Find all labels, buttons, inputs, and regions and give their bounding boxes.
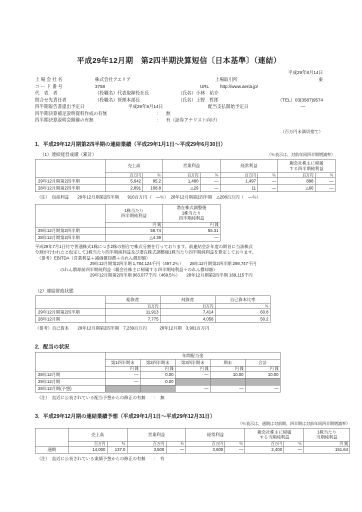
- cell: 10.00: [210, 371, 245, 378]
- row-label: 28年12月期第2四半期: [35, 185, 105, 192]
- rounding-note: （百万円未満切捨て）: [35, 128, 323, 134]
- cell: ―: [315, 185, 335, 192]
- representative-label: 代 表 者: [35, 90, 95, 97]
- operating-results-caption: （1）連結経営成績（累計）: [35, 151, 97, 158]
- cell: 11: [220, 185, 258, 192]
- exchange-label: 上場取引所: [215, 77, 238, 84]
- table-row: 28年12月期第2四半期 2,891 108.8 △29 ― 11 ― △66 …: [35, 185, 335, 192]
- filing-date-label: 四半期報告書提出予定日: [35, 104, 128, 111]
- col-profit-attributable: 親会社株主に帰属 する四半期純利益: [278, 159, 336, 173]
- cell: 56.74: [105, 227, 163, 234]
- table-header-row: 売上高 営業利益 経常利益 親会社株主に帰属 する四半期純利益: [35, 159, 335, 173]
- table-row: 29年12月期第2四半期 5,642 95.2 1,480 ― 1,497 ― …: [35, 178, 335, 185]
- forecast-caption-note: （％表示は、通期は対前期、四半期は対前年同四半期増減率）: [35, 421, 350, 427]
- cell: △4.39: [105, 234, 163, 241]
- briefing-label: 四半期決算説明会開催の有無: [35, 117, 152, 124]
- supplement-label: 四半期決算補足説明資料作成の有無: [35, 110, 152, 117]
- financial-position-caption-row: （2）連結財政状態: [35, 287, 335, 294]
- row-label: 29年12月期第2四半期: [35, 227, 105, 234]
- ebitda-reference-line4: 29年12月期第2四半期 963,077千円（469.5％） 28年12月期第2…: [35, 273, 362, 279]
- cell: 1,497: [220, 178, 258, 185]
- contact-tel: （TEL）03(3587)9574: [265, 97, 323, 104]
- cell: ―: [258, 185, 278, 192]
- cell: 0.00: [140, 371, 175, 378]
- shaded-cell: [105, 385, 140, 392]
- representative-row: 代 表 者 （役職名）代表取締役社長 （氏名）小林 祐介: [35, 90, 323, 97]
- cell: 50.2: [215, 316, 270, 323]
- cell: ―: [105, 371, 140, 378]
- cell: 151.64: [304, 446, 350, 453]
- cell: 137.0: [107, 446, 127, 453]
- per-share-table: 1株当たり 四半期純利益 潜在株式調整後 1株当たり 四半期純利益 円 銭 円 …: [35, 204, 221, 242]
- cell: 7,414: [160, 309, 215, 316]
- dividend-start-value: ―: [283, 104, 323, 111]
- financial-position-table: 総資産 純資産 自己資本比率 百万円 百万円 ％ 29年12月期第2四半期 11…: [35, 295, 271, 323]
- cell: ―: [258, 178, 278, 185]
- representative-title: （役職名）代表取締役社長: [95, 90, 178, 97]
- table-row: 29年12月期第2四半期 11,913 7,414 60.8: [35, 309, 270, 316]
- cell: ―: [245, 385, 280, 392]
- dividend-forecast-note: （注） 直近に公表されている配当予想からの修正の有無 ： 無: [35, 394, 362, 400]
- cell: ―: [175, 371, 210, 378]
- cell: 11,913: [105, 309, 160, 316]
- operating-results-caption-note: （％表示は、対前年同四半期増減率）: [97, 152, 335, 158]
- cell: ―: [284, 446, 304, 453]
- financial-position-caption: （2）連結財政状態: [35, 287, 74, 294]
- contact-label: 問合せ先責任者: [35, 97, 95, 104]
- col-net-sales: 売上高: [68, 428, 127, 441]
- col-eps: 1株当たり 当期純利益: [304, 428, 350, 441]
- contact-row: 問合せ先責任者 （役職名）管理本部長 （氏名）上野 哲郎 （TEL）03(358…: [35, 97, 323, 104]
- cell: ―: [105, 378, 140, 385]
- cell: ―: [210, 385, 245, 392]
- col-operating-income: 営業利益: [163, 159, 221, 173]
- col-diluted-eps: 潜在株式調整後 1株当たり 四半期純利益: [163, 204, 221, 222]
- cell: ―: [163, 234, 221, 241]
- code-row: コ ー ド 番 号 3758 URL http://www.aeria.jp/: [35, 83, 323, 90]
- contact-name: （氏名）上野 哲郎: [178, 97, 265, 104]
- operating-results-caption-row: （1）連結経営成績（累計） （％表示は、対前年同四半期増減率）: [35, 151, 335, 158]
- report-date: 平成29年8月14日: [35, 69, 323, 76]
- cell: 5,642: [105, 178, 143, 185]
- cell: 95.2: [143, 178, 163, 185]
- cell: 60.8: [215, 309, 270, 316]
- briefing-row: 四半期決算説明会開催の有無 ： 有（証券アナリスト向け）: [35, 117, 323, 124]
- col-total-assets: 総資産: [105, 296, 160, 304]
- cell: 14,000: [68, 446, 107, 453]
- table-header-row: 総資産 純資産 自己資本比率: [35, 296, 270, 304]
- listed-company-row: 上 場 会 社 名 株式会社アエリア 上場取引所 東: [35, 77, 323, 84]
- row-label: 28年12月期第2四半期: [35, 234, 105, 241]
- cell: ―: [315, 178, 335, 185]
- cell: 2,891: [105, 185, 143, 192]
- cell: 7,775: [105, 316, 160, 323]
- dividends-label-header: [35, 352, 105, 371]
- table-row: 29年12月期 ― 0.00: [35, 378, 280, 385]
- briefing-separator: ：: [152, 117, 166, 124]
- table-row: 29年12月期(予想) ― ― ―: [35, 385, 280, 392]
- representative-name: （氏名）小林 祐介: [178, 90, 219, 97]
- results-label-header: [35, 159, 105, 178]
- forecast-revision-note: （注） 直近に公表されている業績予想からの修正の有無 ： 有: [35, 455, 362, 461]
- cell: ―: [200, 185, 220, 192]
- code-label: コ ー ド 番 号: [35, 83, 95, 90]
- cell: 3,600: [186, 446, 225, 453]
- comprehensive-income-note: （注） 包括利益 29年12月期第2四半期 910百万円（ ―％） 28年12月…: [35, 194, 362, 200]
- col-net-assets: 純資産: [160, 296, 215, 304]
- section3-heading: 3．平成29年12月期の連結業績予想（平成29年1月1日〜平成29年12月31日…: [35, 412, 362, 420]
- cell: 4,058: [160, 316, 215, 323]
- col-ordinary-income: 経常利益: [186, 428, 245, 441]
- row-label: 29年12月期(予想): [35, 385, 105, 392]
- cell: 55.31: [163, 227, 221, 234]
- table-header-row: 売上高 営業利益 経常利益 親会社株主に帰属 する当期純利益 1株当たり 当期純…: [35, 428, 350, 441]
- col-ordinary-income: 経常利益: [220, 159, 278, 173]
- listed-name-value: 株式会社アエリア: [95, 77, 215, 84]
- filing-date-value: 平成29年8月14日: [128, 104, 208, 111]
- listed-name-label: 上 場 会 社 名: [35, 77, 95, 84]
- earnings-report-page: 平成29年12月期 第2四半期決算短信〔日本基準〕（連結） 平成29年8月14日…: [0, 0, 362, 512]
- cell: 2,400: [245, 446, 284, 453]
- table-row: 28年12月期 7,775 4,058 50.2: [35, 316, 270, 323]
- cell: 0.00: [140, 378, 175, 385]
- cell: 10.00: [245, 371, 280, 378]
- table-row: 28年12月期 ― 0.00 ― 10.00 10.00: [35, 371, 280, 378]
- supplement-value: 無: [166, 110, 171, 117]
- col-total: 合計: [245, 359, 280, 366]
- shaded-cell: [175, 378, 210, 385]
- shaded-cell: [245, 378, 280, 385]
- page-title: 平成29年12月期 第2四半期決算短信〔日本基準〕（連結）: [35, 56, 323, 66]
- table-row: 通期 14,000 137.0 3,500 ― 3,600 ― 2,400 ― …: [35, 446, 350, 453]
- annual-dividend-group-header: 年間配当金: [105, 352, 280, 359]
- row-label: 29年12月期第2四半期: [35, 309, 105, 316]
- table-row: 28年12月期第2四半期 △4.39 ―: [35, 234, 220, 241]
- col-eps: 1株当たり 四半期純利益: [105, 204, 163, 222]
- position-label-header: [35, 296, 105, 309]
- forecast-table: 売上高 営業利益 経常利益 親会社株主に帰属 する当期純利益 1株当たり 当期純…: [35, 428, 350, 454]
- section1-heading: 1．平成29年12月期第2四半期の連結業績（平成29年1月1日〜平成29年6月3…: [35, 140, 323, 148]
- col-q2-end: 第2四半期末: [140, 359, 175, 366]
- table-header-row: 1株当たり 四半期純利益 潜在株式調整後 1株当たり 四半期純利益: [35, 204, 220, 222]
- col-profit-attributable: 親会社株主に帰属 する当期純利益: [245, 428, 304, 441]
- briefing-value: 有（証券アナリスト向け）: [166, 117, 220, 124]
- col-equity-ratio: 自己資本比率: [215, 296, 270, 304]
- exchange-value: 東: [238, 77, 323, 84]
- cell: ―: [166, 446, 186, 453]
- shaded-cell: [140, 385, 175, 392]
- code-value: 3758: [95, 83, 200, 90]
- cell: △66: [278, 185, 316, 192]
- equity-reference-note: （参考）自己資本 29年12月期第2四半期 7,239百万円 28年12月期 3…: [35, 325, 362, 331]
- dividend-start-label: 配当支払開始予定日: [208, 104, 283, 111]
- url-label: URL: [200, 83, 220, 90]
- cell: 108.8: [143, 185, 163, 192]
- company-url-link[interactable]: http://www.aeria.jp/: [220, 83, 258, 90]
- col-q3-end: 第3四半期末: [175, 359, 210, 366]
- cell: 1,480: [163, 178, 201, 185]
- cell: ―: [225, 446, 245, 453]
- operating-results-table: 売上高 営業利益 経常利益 親会社株主に帰属 する四半期純利益 百万円 ％ 百万…: [35, 159, 336, 192]
- eps-label-header: [35, 204, 105, 227]
- cell: ―: [175, 385, 210, 392]
- col-net-sales: 売上高: [105, 159, 163, 173]
- cell: 898: [278, 178, 316, 185]
- supplement-separator: ：: [152, 110, 166, 117]
- cell: △29: [163, 185, 201, 192]
- row-label: 通期: [35, 446, 68, 453]
- table-row: 29年12月期第2四半期 56.74 55.31: [35, 227, 220, 234]
- table-header-row: 年間配当金: [35, 352, 280, 359]
- company-info-block: 上 場 会 社 名 株式会社アエリア 上場取引所 東 コ ー ド 番 号 375…: [35, 77, 323, 124]
- row-label: 29年12月期第2四半期: [35, 178, 105, 185]
- col-year-end: 期末: [210, 359, 245, 366]
- row-label: 28年12月期: [35, 316, 105, 323]
- col-q1-end: 第1四半期末: [105, 359, 140, 366]
- contact-title: （役職名）管理本部長: [95, 97, 178, 104]
- row-label: 29年12月期: [35, 378, 105, 385]
- cell: ―: [200, 178, 220, 185]
- supplement-row: 四半期決算補足説明資料作成の有無 ： 無: [35, 110, 323, 117]
- section2-heading: 2．配当の状況: [35, 343, 362, 351]
- row-label: 28年12月期: [35, 371, 105, 378]
- dividends-table: 年間配当金 第1四半期末 第2四半期末 第3四半期末 期末 合計 円 銭 円 銭…: [35, 352, 281, 393]
- col-operating-income: 営業利益: [127, 428, 186, 441]
- forecast-label-header: [35, 428, 68, 446]
- cell: 3,500: [127, 446, 166, 453]
- filing-date-row: 四半期報告書提出予定日 平成29年8月14日 配当支払開始予定日 ―: [35, 104, 323, 111]
- shaded-cell: [210, 378, 245, 385]
